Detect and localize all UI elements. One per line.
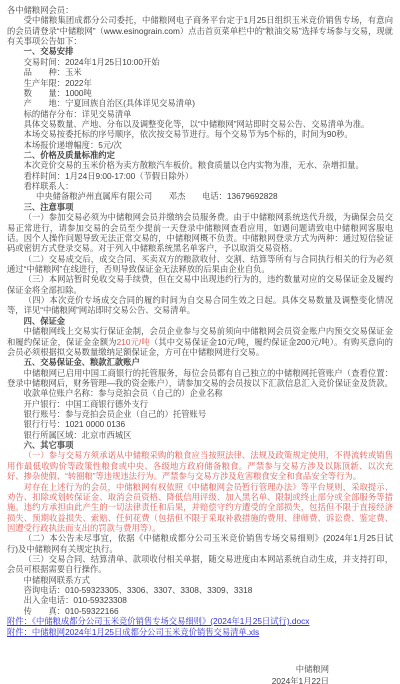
sample-contact-label: 看样联系人： <box>7 181 393 191</box>
signature-block: 中储粮网 2024年1月22日 <box>7 663 393 684</box>
escrow-paragraph: 中储粮网已启用中国工商银行的托管服务，每位会员都有自己独立的中储粮网托管账户（查… <box>7 368 393 389</box>
intro-paragraph: 受中储粮集团成都分公司委托，中储粮网电子商务平台定于1月25日组织玉米竞价销售专… <box>7 15 393 46</box>
bid-increment: 本场报价递增幅度：5元/次 <box>7 140 393 150</box>
announcement-document: 各中储粮网会员：受中储粮集团成都分公司委托，中储粮网电子商务平台定于1月25日组… <box>0 0 400 684</box>
fax: 传 真：010-59322166 <box>7 606 393 616</box>
text-segment: 本场交易按委托标的序号顺序，依次按交易节进行。每个交易节为5个标的，时间为90秒… <box>24 129 353 139</box>
contact-heading: 中储粮网联系方式 <box>7 575 393 585</box>
attachment-list-link[interactable]: 附件：中储粮网2024年1月25日成都分公司玉米竞价销售交易清单.xls <box>7 627 259 637</box>
payee-account-name: 收款单位账户名称：参与竞拍会员（自己的）企业名称 <box>7 388 393 398</box>
text-segment: 生产年限：2022年 <box>24 78 92 88</box>
text-segment: 受中储粮集团成都分公司委托，中储粮网电子商务平台定于1月25日组织玉米竞价销售专… <box>7 15 393 46</box>
text-segment: 具体交易数量、产地、分布以及调整变化等，以“中储粮网”网站即时交易公告、交易清单… <box>24 119 370 129</box>
note-1: （一）参加交易必须为中储粮网会员并缴纳会员服务费。由于中储粮网系统迭代升级，为确… <box>7 212 393 253</box>
deposit-paragraph: 中储粮网线上交易实行保证金制，会员企业参与交易前须向中储粮网会员资金账户内预交交… <box>7 326 393 357</box>
quantity: 数 量：1000吨 <box>7 88 393 98</box>
consult-phone: 咨询电话：010-59323305、3306、3307、3308、3309、33… <box>7 585 393 595</box>
quantity-note: 具体交易数量、产地、分布以及调整变化等，以“中储粮网”网站即时交易公告、交易清单… <box>7 119 393 129</box>
section-1-heading: 一、交易安排 <box>7 46 393 56</box>
section-2-heading: 二、价格及质量标准约定 <box>7 150 393 160</box>
text-segment: （一）参加交易必须为中储粮网会员并缴纳会员服务费。由于中储粮网系统迭代升级，为确… <box>7 212 393 253</box>
trade-time: 交易时间：2024年1月25日10:00开始 <box>7 57 393 67</box>
section-5-heading: 五、交易保证金、粮款汇款账户 <box>7 357 393 367</box>
text-segment: 一、交易安排 <box>24 46 74 56</box>
price-quality-note: 本次竞价交易的玉米价格为卖方散粮汽车板价。粮食质量以仓内实物为准，无水、杂增扣量… <box>7 160 393 170</box>
attachment-row: 附件：《中储粮成都分公司玉米竞价销售专场交易细则》(2024年1月25日试行).… <box>7 616 393 626</box>
section-3-heading: 三、注意事项 <box>7 202 393 212</box>
storage-distribution: 标的储存分布：详见交易清单 <box>7 109 393 119</box>
fund-phone: 出入金电话：010-59323308 <box>7 595 393 605</box>
attachment-row: 附件：中储粮网2024年1月25日成都分公司玉米竞价销售交易清单.xls <box>7 627 393 637</box>
text-segment: 交易时间：2024年1月25日10:00开始 <box>24 57 160 67</box>
other-3: （三）交易合同、结算清单、款项收付相关单据，随交易进度由本网站系统自动生成，并支… <box>7 554 393 575</box>
note-4: （四）本次竞价专场成交合同的履约时间为自交易合同生效之日起。具体交易数量及调整变… <box>7 295 393 316</box>
text-segment: 收款单位账户名称：参与竞拍会员（自己的）企业名称 <box>24 388 223 398</box>
session-note: 本场交易按委托标的序号顺序，依次按交易节进行。每个交易节为5个标的，时间为90秒… <box>7 129 393 139</box>
text-segment: 传 真：010-59322166 <box>24 606 119 616</box>
other-2: （二）本公告未尽事宜，依据《中储粮成都分公司玉米竞价销售专场交易细则》(2024… <box>7 533 393 554</box>
bank-account: 银行账号：参与竞拍会员企业（自己的）托管账号 <box>7 409 393 419</box>
bank-name: 开户银行：中国工商银行德外支行 <box>7 399 393 409</box>
sample-contact: 中央储备粮泸州直属库有限公司 邓杰 电话：13679692828 <box>7 191 393 201</box>
bank-region: 银行所属区域：北京市西城区 <box>7 430 393 440</box>
text-segment: 看样联系人： <box>24 181 74 191</box>
text-segment: （四）本次竞价专场成交合同的履约时间为自交易合同生效之日起。具体交易数量及调整变… <box>7 295 393 315</box>
note-3: （三）本网站暂时免收交易手续费，但在交易中出现违约行为的，违约数量对应的交易保证… <box>7 274 393 295</box>
text-segment: 银行所属区域：北京市西城区 <box>24 430 132 440</box>
text-segment: （一）参与交易方须承诺从中储粮采购的粮食应当按照法律、法规及政策规定使用，不得流… <box>7 450 393 481</box>
salutation: 各中储粮网会员： <box>7 5 393 15</box>
text-segment: 产 地：宁夏回族自治区(具体详见交易清单) <box>24 98 195 108</box>
text-segment: 三、注意事项 <box>24 202 74 212</box>
text-segment: （三）交易合同、结算清单、款项收付相关单据，随交易进度由本网站系统自动生成，并支… <box>7 554 393 574</box>
text-segment: 中储粮网联系方式 <box>24 575 90 585</box>
section-4-heading: 四、保证金 <box>7 316 393 326</box>
text-segment: 银行行号：1021 0000 0136 <box>24 419 125 429</box>
other-1: （一）参与交易方须承诺从中储粮采购的粮食应当按照法律、法规及政策规定使用，不得流… <box>7 450 393 481</box>
origin: 产 地：宁夏回族自治区(具体详见交易清单) <box>7 98 393 108</box>
sample-time: 看样时间：1月24日9:00-17:00（节假日除外） <box>7 171 393 181</box>
text-segment: 看样时间：1月24日9:00-17:00（节假日除外） <box>24 171 194 181</box>
text-segment: 四、保证金 <box>24 316 66 326</box>
text-segment: 咨询电话：010-59323305、3306、3307、3308、3309、33… <box>24 585 253 595</box>
text-segment: 五、交易保证金、粮款汇款账户 <box>24 357 140 367</box>
text-segment: 数 量：1000吨 <box>24 88 92 98</box>
text-segment: 六、其它事项 <box>24 440 74 450</box>
bank-code: 银行行号：1021 0000 0136 <box>7 419 393 429</box>
variety: 品 种：玉米 <box>7 67 393 77</box>
text-segment: 中央储备粮泸州直属库有限公司 邓杰 电话：13679692828 <box>36 191 278 201</box>
section-6-heading: 六、其它事项 <box>7 440 393 450</box>
attachment-list: 附件：《中储粮成都分公司玉米竞价销售专场交易细则》(2024年1月25日试行).… <box>7 616 393 637</box>
signature-date: 2024年1月22日 <box>7 675 329 684</box>
other-1-consequences: 对存在上述行为的会员，中储粮网有权依照《中储粮网会员暂行管理办法》等平台规则，采… <box>7 482 393 534</box>
text-segment: （二）本公告未尽事宜，依据《中储粮成都分公司玉米竞价销售专场交易细则》(2024… <box>7 533 393 553</box>
text-segment: 标的储存分布：详见交易清单 <box>24 109 132 119</box>
text-segment: 二、价格及质量标准约定 <box>24 150 115 160</box>
text-segment: 本次竞价交易的玉米价格为卖方散粮汽车板价。粮食质量以仓内实物为准，无水、杂增扣量… <box>24 160 364 170</box>
deposit-amount-highlight: 210元/吨 <box>117 337 150 347</box>
text-segment: 本场报价递增幅度：5元/次 <box>24 140 122 150</box>
text-segment: 出入金电话：010-59323308 <box>24 595 127 605</box>
text-segment: 各中储粮网会员： <box>7 5 73 15</box>
text-segment: 中储粮网已启用中国工商银行的托管服务，每位会员都有自己独立的中储粮网托管账户（查… <box>7 368 393 388</box>
text-segment: （二）交易成交后，成交合同、买卖双方的粮款收付、交割、结算等所有与合同执行相关的… <box>7 254 393 274</box>
note-2: （二）交易成交后，成交合同、买卖双方的粮款收付、交割、结算等所有与合同执行相关的… <box>7 254 393 275</box>
text-segment: 对存在上述行为的会员，中储粮网有权依照《中储粮网会员暂行管理办法》等平台规则，采… <box>7 482 393 533</box>
attachment-rules-link[interactable]: 附件：《中储粮成都分公司玉米竞价销售专场交易细则》(2024年1月25日试行).… <box>7 616 309 626</box>
signature-org: 中储粮网 <box>7 663 329 675</box>
production-year: 生产年限：2022年 <box>7 78 393 88</box>
document-body: 各中储粮网会员：受中储粮集团成都分公司委托，中储粮网电子商务平台定于1月25日组… <box>7 5 393 616</box>
text-segment: （三）本网站暂时免收交易手续费，但在交易中出现违约行为的，违约数量对应的交易保证… <box>7 274 393 294</box>
text-segment: 银行账号：参与竞拍会员企业（自己的）托管账号 <box>24 409 207 419</box>
text-segment: 品 种：玉米 <box>24 67 82 77</box>
text-segment: 开户银行：中国工商银行德外支行 <box>24 399 148 409</box>
